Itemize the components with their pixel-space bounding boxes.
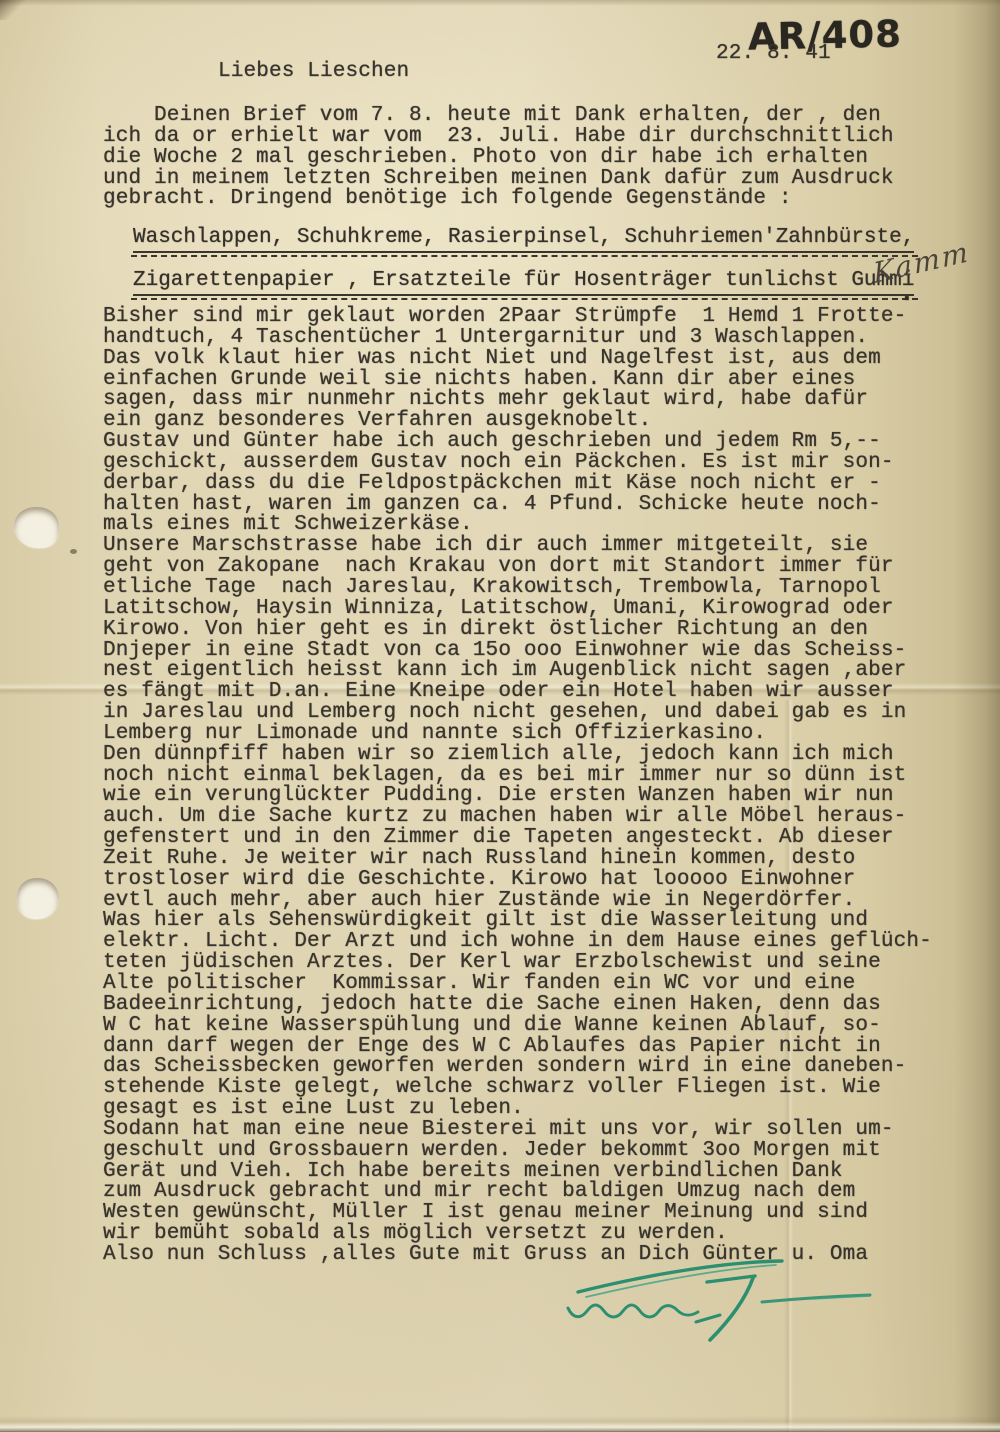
punch-hole-bottom [17,878,59,919]
underlined-request-text-1: Waschlappen, Schuhkreme, Rasierpinsel, S… [133,226,914,253]
paper-bottom-edge-shadow [0,1416,1000,1432]
salutation: Liebes Lieschen [218,62,409,83]
paper-corner-shadow [0,0,26,20]
opening-paragraph: Deinen Brief vom 7. 8. heute mit Dank er… [103,106,894,210]
paper-top-edge-shadow [0,0,1000,6]
letter-date: 22. 8. 41 [716,44,831,65]
ink-speck [70,549,77,554]
letter-body: Bisher sind mir geklaut worden 2Paar Str… [103,307,963,1266]
letter-scan-page: AR/408 22. 8. 41 Liebes Lieschen Deinen … [0,0,1000,1432]
underlined-request-text-2: Zigarettenpapier , Ersatzteile für Hosen… [133,269,914,296]
signature [540,1248,1000,1358]
request-list-line-1: Waschlappen, Schuhkreme, Rasierpinsel, S… [133,226,914,253]
punch-hole-top [14,507,59,548]
request-list-line-2: Zigarettenpapier , Ersatzteile für Hosen… [133,269,914,296]
